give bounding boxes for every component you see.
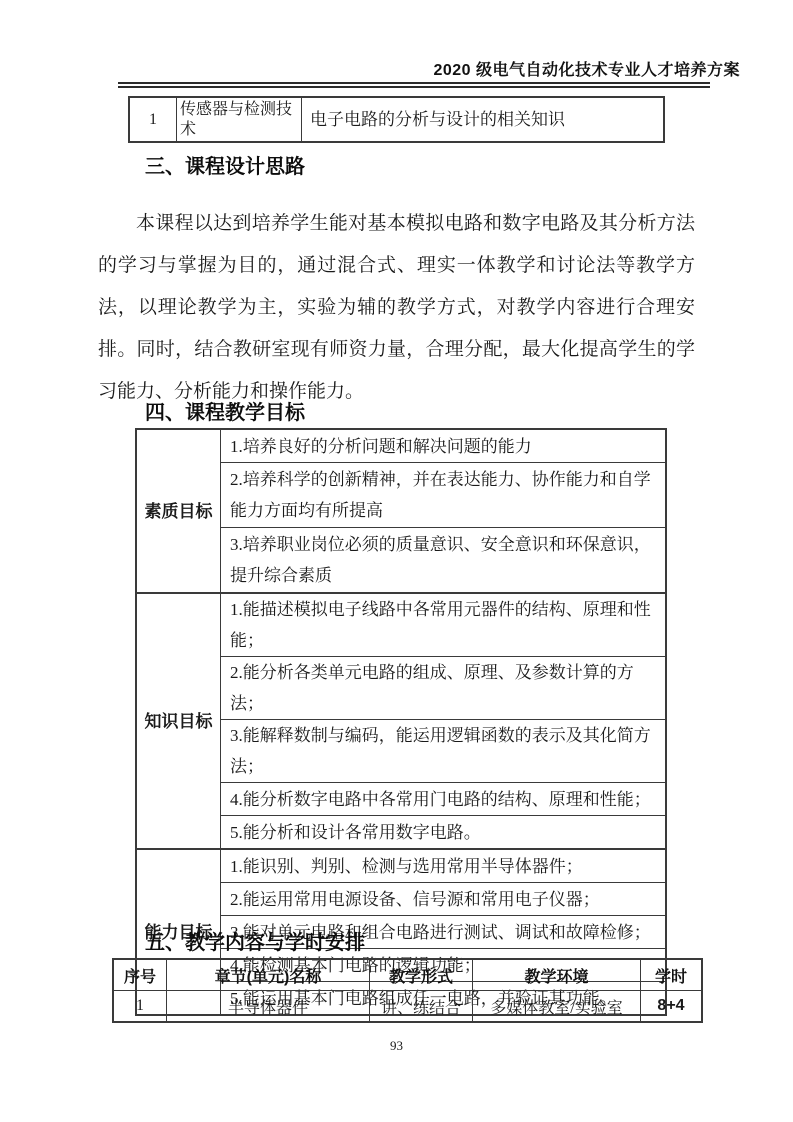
page-header-title: 2020 级电气自动化技术专业人才培养方案 (433, 57, 740, 80)
section-heading-objectives: 四、课程教学目标 (145, 396, 305, 425)
section-heading-design: 三、课程设计思路 (145, 150, 305, 179)
table-row: 知识目标 1.能描述模拟电子线路中各常用元器件的结构、原理和性能； (136, 593, 666, 657)
goal-category-label: 知识目标 (136, 593, 221, 849)
cell-row-number: 1 (113, 991, 167, 1023)
prior-course-table: 1 传感器与检测技术 电子电路的分析与设计的相关知识 (128, 96, 665, 143)
design-paragraph: 本课程以达到培养学生能对基本模拟电路和数字电路及其分析方法的学习与掌握为目的，通… (98, 203, 695, 413)
column-header-environment: 教学环境 (473, 959, 641, 991)
column-header-hours: 学时 (641, 959, 703, 991)
page-number: 93 (0, 1038, 793, 1054)
column-header-unit-name: 章节(单元)名称 (167, 959, 370, 991)
section-heading-schedule: 五、教学内容与学时安排 (145, 926, 365, 955)
cell-hours: 8+4 (641, 991, 703, 1023)
cell-course-name: 传感器与检测技术 (177, 97, 302, 142)
table-row: 1 半导体器件 讲、练结合 多媒体教室/实验室 8+4 (113, 991, 702, 1023)
header-double-rule (118, 82, 710, 88)
goal-item: 1.培养良好的分析问题和解决问题的能力 (221, 429, 667, 463)
column-header-teaching-form: 教学形式 (370, 959, 473, 991)
table-row: 1 传感器与检测技术 电子电路的分析与设计的相关知识 (129, 97, 664, 142)
goal-item: 2.能运用常用电源设备、信号源和常用电子仪器； (221, 883, 667, 916)
cell-teaching-form: 讲、练结合 (370, 991, 473, 1023)
document-page: 2020 级电气自动化技术专业人才培养方案 1 传感器与检测技术 电子电路的分析… (0, 0, 793, 1122)
cell-unit-name: 半导体器件 (167, 991, 370, 1023)
goal-item: 4.能分析数字电路中各常用门电路的结构、原理和性能； (221, 783, 667, 816)
goal-item: 1.能描述模拟电子线路中各常用元器件的结构、原理和性能； (221, 593, 667, 657)
goal-item: 1.能识别、判别、检测与选用常用半导体器件； (221, 849, 667, 883)
goal-item: 2.培养科学的创新精神，并在表达能力、协作能力和自学能力方面均有所提高 (221, 463, 667, 528)
cell-knowledge: 电子电路的分析与设计的相关知识 (302, 97, 665, 142)
cell-row-number: 1 (129, 97, 177, 142)
goal-item: 3.能解释数制与编码，能运用逻辑函数的表示及其化简方法； (221, 720, 667, 783)
schedule-table: 序号 章节(单元)名称 教学形式 教学环境 学时 1 半导体器件 讲、练结合 多… (112, 958, 703, 1023)
goal-category-label: 素质目标 (136, 429, 221, 593)
table-row: 能力目标 1.能识别、判别、检测与选用常用半导体器件； (136, 849, 666, 883)
goal-item: 3.培养职业岗位必须的质量意识、安全意识和环保意识，提升综合素质 (221, 528, 667, 594)
goal-item: 2.能分析各类单元电路的组成、原理、及参数计算的方法； (221, 657, 667, 720)
cell-environment: 多媒体教室/实验室 (473, 991, 641, 1023)
column-header-number: 序号 (113, 959, 167, 991)
table-header-row: 序号 章节(单元)名称 教学形式 教学环境 学时 (113, 959, 702, 991)
goal-item: 5.能分析和设计各常用数字电路。 (221, 816, 667, 850)
table-row: 素质目标 1.培养良好的分析问题和解决问题的能力 (136, 429, 666, 463)
